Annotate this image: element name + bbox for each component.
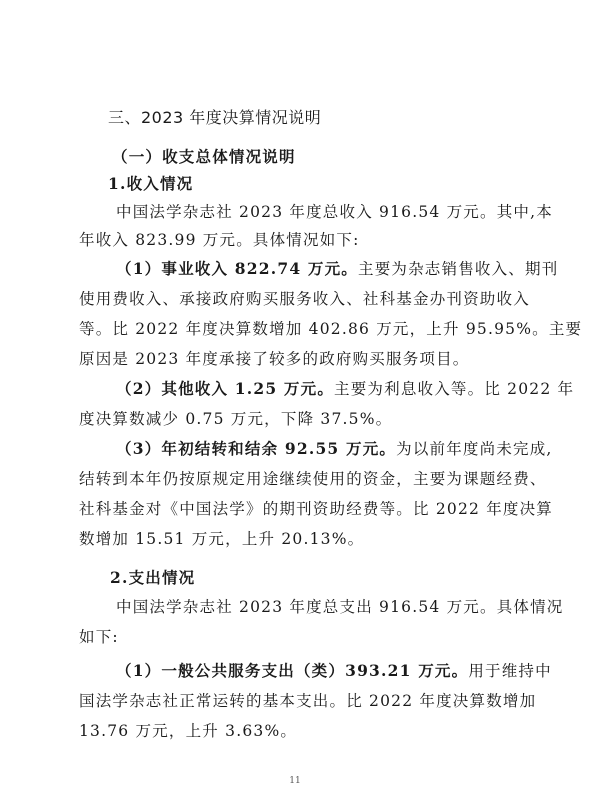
income-item-2-title: （2）其他收入 1.25 万元。 bbox=[116, 379, 334, 398]
income-item-1-title: （1）事业收入 822.74 万元。 bbox=[116, 259, 358, 278]
income-item-1-line-4: 原因是 2023 年度承接了较多的政府购买服务项目。 bbox=[79, 348, 519, 370]
text: 为以前年度尚未完成, bbox=[396, 440, 552, 458]
income-item-2-line-1: （2）其他收入 1.25 万元。主要为利息收入等。比 2022 年 bbox=[116, 378, 519, 400]
page-number: 11 bbox=[0, 776, 590, 786]
text: 用于维持中 bbox=[468, 662, 552, 680]
text: 主要为利息收入等。比 2022 年 bbox=[334, 380, 574, 398]
expense-intro-line-1: 中国法学杂志社 2023 年度总支出 916.54 万元。具体情况 bbox=[116, 596, 519, 618]
expense-heading: 2.支出情况 bbox=[110, 567, 550, 589]
income-item-3-line-2: 结转到本年仍按原规定用途继续使用的资金，主要为课题经费、 bbox=[79, 468, 519, 490]
expense-item-1-line-1: （1）一般公共服务支出（类）393.21 万元。用于维持中 bbox=[116, 660, 519, 682]
document-page: 三、2023 年度决算情况说明 （一）收支总体情况说明 1.收入情况 中国法学杂… bbox=[0, 0, 590, 808]
income-item-3-line-1: （3）年初结转和结余 92.55 万元。为以前年度尚未完成, bbox=[116, 438, 519, 460]
income-item-3-line-3: 社科基金对《中国法学》的期刊资助经费等。比 2022 年度决算 bbox=[79, 498, 519, 520]
income-item-3-line-4: 数增加 15.51 万元，上升 20.13%。 bbox=[79, 528, 519, 550]
income-item-1-line-1: （1）事业收入 822.74 万元。主要为杂志销售收入、期刊 bbox=[116, 258, 519, 280]
income-intro-line-1: 中国法学杂志社 2023 年度总收入 916.54 万元。其中,本 bbox=[116, 201, 519, 223]
income-intro-line-2: 年收入 823.99 万元。具体情况如下: bbox=[79, 229, 519, 251]
income-item-1-line-2: 使用费收入、承接政府购买服务收入、社科基金办刊资助收入 bbox=[79, 288, 519, 310]
income-item-3-title: （3）年初结转和结余 92.55 万元。 bbox=[116, 439, 396, 458]
expense-item-1-title: （1）一般公共服务支出（类）393.21 万元。 bbox=[116, 661, 468, 680]
income-item-1-line-3: 等。比 2022 年度决算数增加 402.86 万元，上升 95.95%。主要 bbox=[79, 318, 519, 340]
section-subtitle: （一）收支总体情况说明 bbox=[112, 146, 552, 168]
expense-intro-line-2: 如下: bbox=[79, 626, 519, 648]
section-title: 三、2023 年度决算情况说明 bbox=[108, 107, 548, 129]
text: 主要为杂志销售收入、期刊 bbox=[358, 260, 558, 278]
income-heading: 1.收入情况 bbox=[108, 173, 548, 195]
expense-item-1-line-2: 国法学杂志社正常运转的基本支出。比 2022 年度决算数增加 bbox=[79, 690, 519, 712]
expense-item-1-line-3: 13.76 万元，上升 3.63%。 bbox=[79, 720, 519, 742]
income-item-2-line-2: 度决算数减少 0.75 万元，下降 37.5%。 bbox=[79, 408, 519, 430]
